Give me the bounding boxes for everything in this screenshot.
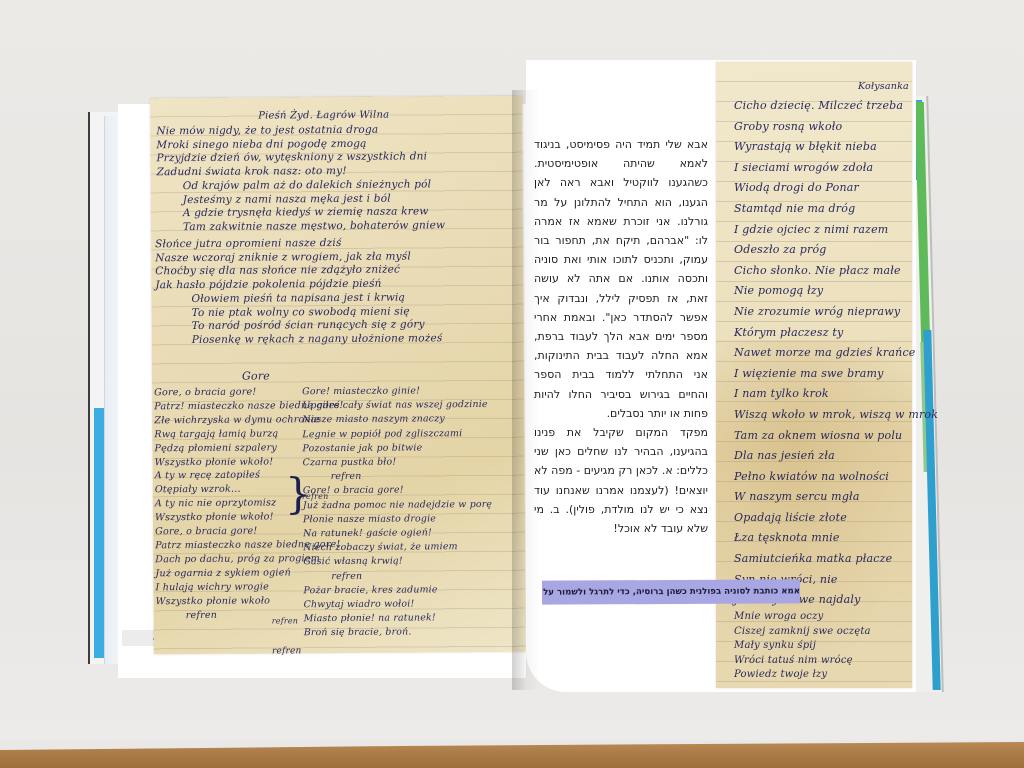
song-line: Płonie nasze miasto drogie bbox=[303, 512, 492, 528]
handwritten-song-sheet: Pieśń Żyd. Łagrów Wilna Nie mów nigdy, ż… bbox=[150, 96, 526, 655]
memoir-text: אבא שלי תמיד היה פסימיסט, בניגוד לאמא שה… bbox=[534, 135, 708, 538]
memoir-paragraph-1: אבא שלי תמיד היה פסימיסט, בניגוד לאמא שה… bbox=[534, 135, 708, 423]
song-line: Miasto płonie! na ratunek! bbox=[304, 611, 493, 627]
song-line: Ołowiem pieśń ta napisana jest i krwią bbox=[191, 291, 442, 306]
lullaby-line: Stamtąd nie ma dróg bbox=[734, 199, 938, 220]
lullaby-title: Kołysanka bbox=[858, 80, 909, 94]
song-line: Od krajów palm aż do dalekich śnieżnych … bbox=[183, 178, 445, 193]
song-line: To naród pośród ścian runących się z gór… bbox=[192, 318, 443, 333]
song-line: Pożar bracie, kres zadumie bbox=[303, 583, 492, 599]
lullaby-line: Dla nas jesień zła bbox=[734, 446, 938, 467]
song-line: Tam zakwitnie nasze męstwo, bohaterów gn… bbox=[183, 219, 445, 234]
lullaby-line: I nam tylko krok bbox=[734, 384, 938, 405]
lullaby-line: Ciszej zamknij swe oczęta bbox=[734, 625, 871, 640]
song-line: Niech zobaczy świat, że umiem bbox=[303, 540, 492, 556]
lullaby-line: Którym płaczesz ty bbox=[734, 323, 938, 344]
song-line: Legnie w popiół pod zgliszczami bbox=[302, 427, 491, 443]
photo-caption: אמא כותבת לסוניה בפולנית כשהן ברוסיה, כד… bbox=[542, 579, 800, 604]
lullaby-line: Wyrastają w błękit nieba bbox=[734, 137, 938, 158]
song-line: Jak hasło pójdzie pokolenia pójdzie pieś… bbox=[155, 277, 411, 292]
memoir-paragraph-2: מפקד המקום שקיבל את פנינו בהגיענו, הבהיר… bbox=[534, 423, 708, 538]
song1-title: Pieśń Żyd. Łagrów Wilna bbox=[258, 109, 389, 124]
song-line: Już żadna pomoc nie nadejdzie w porę bbox=[303, 498, 492, 514]
lullaby-line: Wiszą wkoło w mrok, wiszą w mrok bbox=[734, 405, 938, 426]
song-line: Nasze miasto naszym znaczy bbox=[302, 412, 491, 428]
lullaby-line: Nie zrozumie wróg nieprawy bbox=[734, 302, 938, 323]
refrain-bottom-label: refren bbox=[272, 645, 302, 659]
song-line: Gasić własną krwią! bbox=[303, 554, 492, 570]
lullaby-line: I więzienie ma swe bramy bbox=[734, 364, 938, 385]
lullaby-line: W naszym sercu mgła bbox=[734, 487, 938, 508]
lullaby-line: Powiedz twoje łzy bbox=[734, 668, 871, 683]
song-line: Gore! o bracia gore! bbox=[303, 483, 492, 499]
song-line: Gore! miasteczko ginie! bbox=[302, 384, 491, 400]
song-line-refrain: refren bbox=[303, 569, 492, 585]
song-line: Broń się bracie, broń. bbox=[304, 625, 493, 641]
lullaby-line: Łza tęsknota mnie bbox=[734, 528, 938, 549]
song1-stanza2: Od krajów palm aż do dalekich śnieżnych … bbox=[183, 178, 446, 234]
lullaby-line: Mnie wroga oczy bbox=[734, 610, 871, 625]
song-line: Pozostanie jak po bitwie bbox=[302, 441, 491, 457]
lullaby-line: Mały synku śpij bbox=[734, 639, 871, 654]
lullaby-line: Nie pomogą łzy bbox=[734, 281, 938, 302]
song-line: Upoiłeś cały świat nas wszej godzinie bbox=[302, 398, 491, 414]
lullaby-line: Groby rosną wkoło bbox=[734, 117, 938, 138]
lullaby-lines-bottom: Mnie wroga oczy Ciszej zamknij swe oczęt… bbox=[734, 610, 871, 683]
lullaby-line: Pełno kwiatów na wolności bbox=[734, 467, 938, 488]
brace-refrain-label: refren bbox=[302, 490, 328, 504]
lullaby-line: Odeszło za próg bbox=[734, 240, 938, 261]
lullaby-line: Wróci tatuś nim wrócę bbox=[734, 654, 871, 669]
book-cover-blue-stripe bbox=[94, 408, 104, 658]
song1-stanza3: Słońce jutra opromieni nasze dziś Nasze … bbox=[155, 236, 411, 292]
lullaby-line: I gdzie ojciec z nimi razem bbox=[734, 220, 938, 241]
song1-stanza4: Ołowiem pieśń ta napisana jest i krwią T… bbox=[191, 291, 442, 347]
song-line: Zadudni świata krok nasz: oto my! bbox=[157, 164, 428, 179]
lullaby-lines: Cicho dziecię. Milczeć trzeba Groby rosn… bbox=[734, 96, 938, 611]
song2-title: Gore bbox=[242, 369, 270, 383]
wooden-table bbox=[0, 742, 1024, 768]
song-line: Przyjdzie dzień ów, wytęskniony z wszyst… bbox=[156, 151, 427, 166]
lullaby-line: Samiutcieńka matka płacze bbox=[734, 549, 938, 570]
song-line-refrain: refren bbox=[303, 469, 492, 485]
lullaby-line: Tam za oknem wiosna w polu bbox=[734, 426, 938, 447]
lullaby-line: Opadają liście złote bbox=[734, 508, 938, 529]
lullaby-line: Cicho słonko. Nie płacz małe bbox=[734, 261, 938, 282]
song-line: Chwytaj wiadro wołoi! bbox=[304, 597, 493, 613]
lullaby-line: Nawet morze ma gdzieś krańce bbox=[734, 343, 938, 364]
song-line: Piosenkę w rękach z nagany ułożnione moż… bbox=[192, 332, 443, 347]
lullaby-line: Wiodą drogi do Ponar bbox=[734, 178, 938, 199]
song2-column2: Gore! miasteczko ginie! Upoiłeś cały świ… bbox=[302, 384, 493, 641]
song-line: Czarna pustka bło! bbox=[303, 455, 492, 471]
lullaby-line: Cicho dziecię. Milczeć trzeba bbox=[734, 96, 938, 117]
song1-stanza1: Nie mów nigdy, że to jest ostatnia droga… bbox=[156, 123, 427, 179]
lullaby-line: I sieciami wrogów zdoła bbox=[734, 158, 938, 179]
song-line: Na ratunek! gaście ogień! bbox=[303, 526, 492, 542]
refrain-side-label: refren bbox=[272, 614, 299, 628]
